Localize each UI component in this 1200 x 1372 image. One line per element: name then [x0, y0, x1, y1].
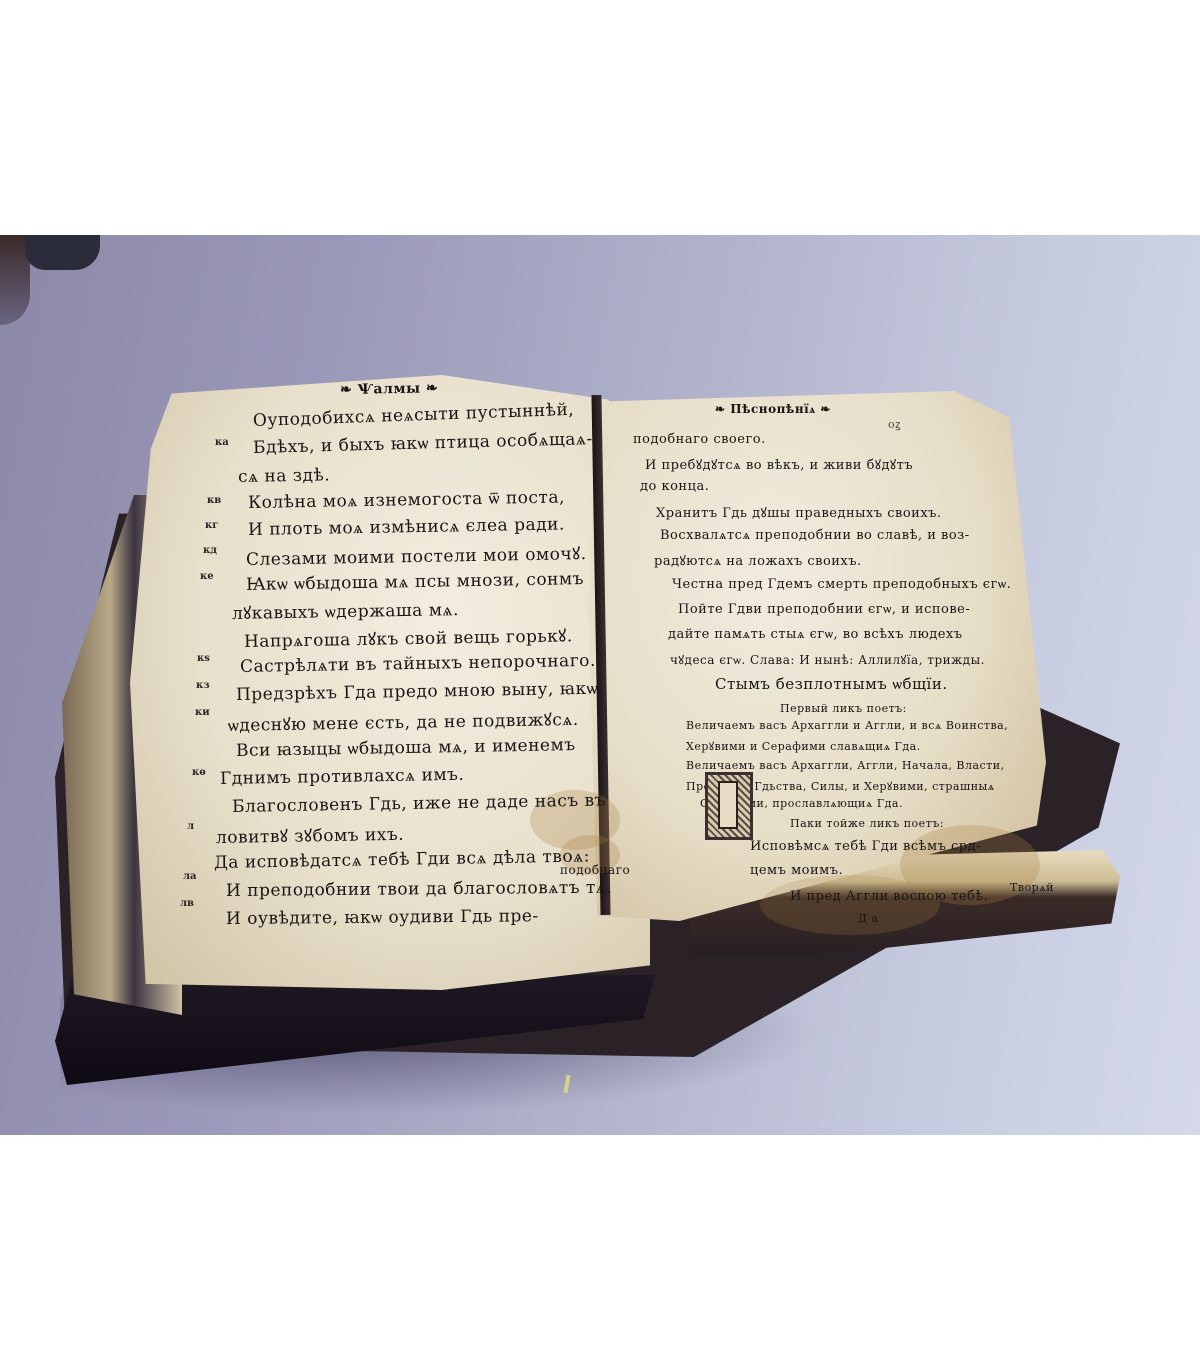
decorated-initial [705, 772, 753, 840]
page-number: оꙁ [888, 417, 901, 432]
right-line: Херꙋвими и Серафими славѧщиѧ Гда. [686, 739, 921, 754]
background-object [25, 235, 100, 270]
water-stain [760, 875, 940, 935]
right-line: Пойте Гдви преподобнии єгѡ, и испове- [678, 601, 970, 617]
right-line: цемъ моимъ. [750, 863, 843, 878]
right-line: Величаемъ васъ Архаггли и Аггли, и всѧ В… [686, 719, 1008, 732]
left-line: сѧ на здѣ. [238, 465, 331, 487]
left-line: Гднимъ противлахсѧ имъ. [220, 765, 465, 789]
right-line: Восхвалѧтсѧ преподобнии во славѣ, и воз- [660, 527, 970, 543]
verse-number: ки [195, 707, 210, 718]
right-line: Исповѣмсѧ тебѣ Гди всѣмъ срд- [750, 838, 981, 854]
right-running-head: ❧ Пѣснопѣнїѧ ❧ [715, 402, 831, 417]
left-line: лꙋкавыхъ ѡдержаша мѧ. [232, 597, 459, 624]
right-rubric: Паки тойже ликъ поетъ: [790, 817, 944, 830]
right-line: И пребꙋдꙋтсѧ во вѣкъ, и живи бꙋдꙋтъ [645, 455, 913, 473]
verse-number: кв [207, 495, 221, 506]
right-line: подобнаго своего. [633, 432, 766, 447]
right-line: Величаемъ васъ Архаггли, Аггли, Начала, … [686, 759, 1005, 772]
left-running-head: ❧ Ѱалмы ❧ [340, 380, 438, 398]
verse-number: ла [183, 871, 197, 882]
verse-number: л [187, 821, 194, 832]
verse-number: кѳ [192, 767, 206, 778]
verse-number: кд [203, 545, 217, 556]
verse-number: лв [180, 898, 194, 909]
right-line: радꙋютсѧ на ложахъ своихъ. [654, 551, 862, 569]
verse-number: кз [196, 680, 210, 691]
footer-mark: Д а [858, 912, 879, 925]
left-catchword: подобнаго [560, 863, 630, 877]
right-line: до конца. [640, 479, 709, 494]
book-photograph: ❧ Ѱалмы ❧ Оуподобихсѧ неѧсыти пустыннѣй,… [0, 235, 1200, 1135]
right-section-title: Стымъ безплотнымъ ѡбщїи. [715, 675, 948, 694]
initial-letter-shape [718, 781, 738, 829]
right-line: И пред Аггли воспою тебѣ. [790, 889, 988, 904]
right-line: чꙋдеса єгѡ. Слава: И нынѣ: Аллилꙋїа, три… [670, 651, 985, 668]
verse-number: ке [200, 571, 214, 582]
right-line: Честна пред Гдемъ смерть преподобныхъ єг… [672, 576, 1011, 592]
left-line: И преподобнии твои да благословѧтъ тѧ. [226, 878, 612, 901]
left-line: И оувѣдите, ꙗкѡ оудиви Гдь пре- [226, 906, 539, 929]
right-catchword: Творѧй [1010, 881, 1054, 894]
verse-number: ка [215, 437, 229, 448]
left-line: ловитвꙋ зꙋбомъ ихъ. [216, 822, 404, 848]
verse-number: кг [205, 520, 218, 531]
right-rubric: Первый ликъ поетъ: [780, 702, 907, 715]
verse-number: кѕ [197, 653, 210, 664]
right-line: дайте памѧть стыѧ єгѡ, во всѣхъ людехъ [668, 626, 963, 642]
right-line: Хранитъ Гдь дꙋшы праведныхъ своихъ. [656, 503, 942, 521]
